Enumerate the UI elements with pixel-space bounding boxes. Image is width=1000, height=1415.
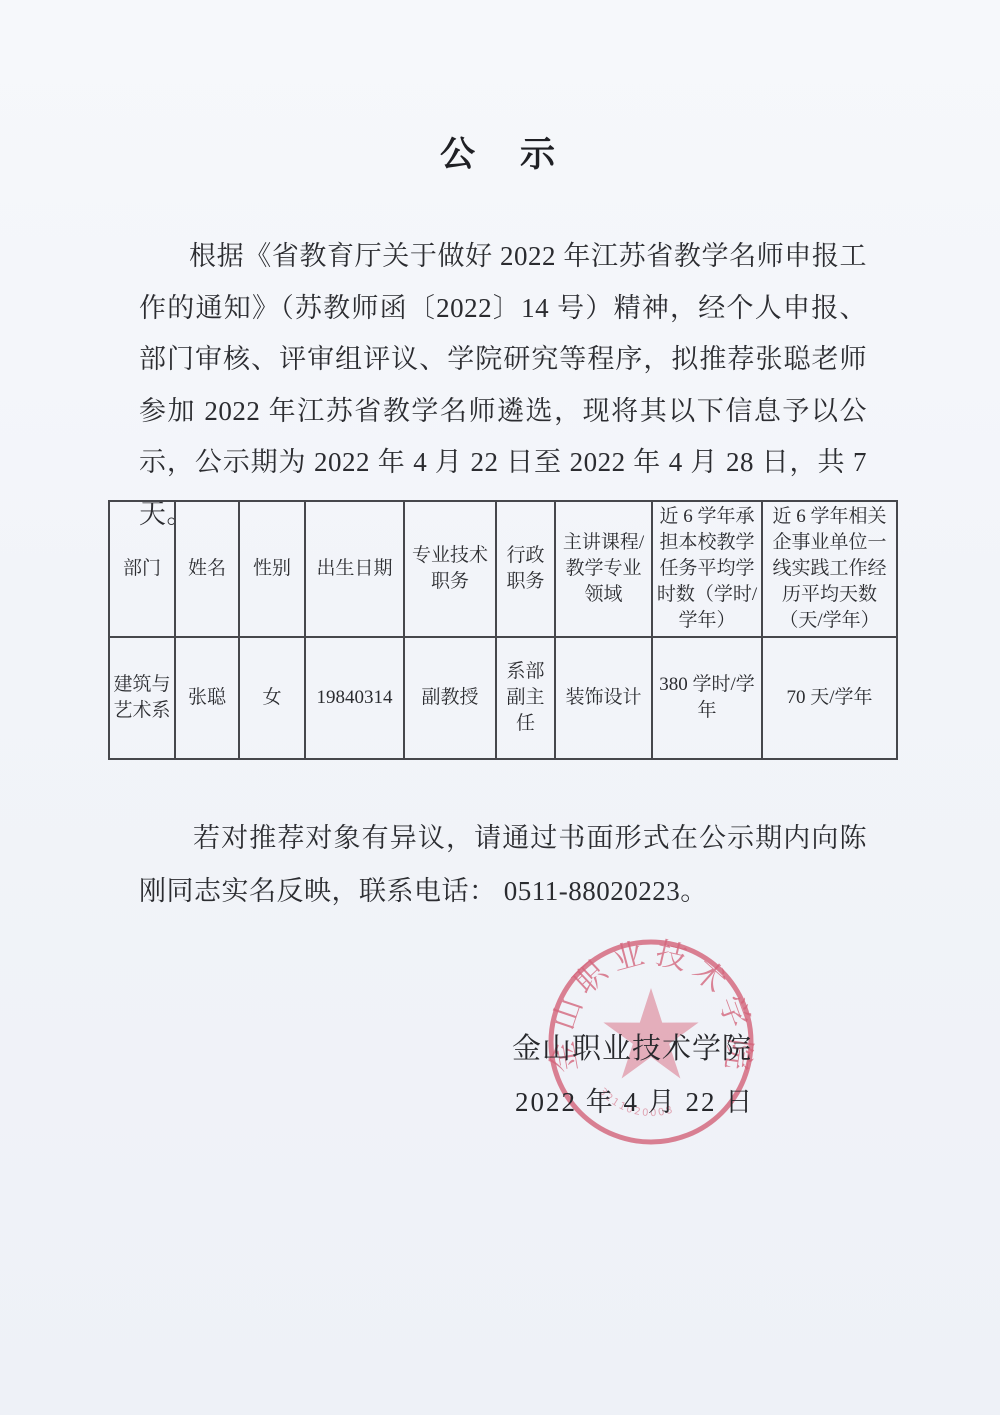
table-header-cell: 姓名 [175,501,239,637]
notice-body-paragraph: 根据《省教育厅关于做好 2022 年江苏省教学名师申报工作的通知》（苏教师函〔2… [139,231,867,540]
info-table-body: 建筑与艺术系张聪女19840314副教授系部副主任装饰设计380 学时/学年70… [109,637,897,759]
table-cell: 70 天/学年 [762,637,897,759]
info-table: 部门姓名性别出生日期专业技术职务行政职务主讲课程/教学专业领域近 6 学年承担本… [108,500,898,760]
page-title: 公 示 [0,127,1000,177]
issuer-signature: 金山职业技术学院 [512,1026,752,1067]
table-header-cell: 近 6 学年相关企事业单位一线实践工作经历平均天数（天/学年） [762,501,897,637]
objection-paragraph: 若对推荐对象有异议，请通过书面形式在公示期内向陈刚同志实名反映，联系电话： 05… [139,812,867,918]
table-header-cell: 行政职务 [496,501,555,637]
info-table-header-row: 部门姓名性别出生日期专业技术职务行政职务主讲课程/教学专业领域近 6 学年承担本… [109,501,897,637]
scanned-notice-page: 公 示 根据《省教育厅关于做好 2022 年江苏省教学名师申报工作的通知》（苏教… [0,0,1000,1415]
table-cell: 女 [239,637,305,759]
table-header-cell: 主讲课程/教学专业领域 [555,501,652,637]
table-header-cell: 部门 [109,501,175,637]
table-header-cell: 专业技术职务 [404,501,496,637]
table-row: 建筑与艺术系张聪女19840314副教授系部副主任装饰设计380 学时/学年70… [109,637,897,759]
table-cell: 建筑与艺术系 [109,637,175,759]
issue-date: 2022 年 4 月 22 日 [515,1080,754,1119]
table-header-cell: 出生日期 [305,501,404,637]
table-cell: 张聪 [175,637,239,759]
table-cell: 装饰设计 [555,637,652,759]
table-cell: 系部副主任 [496,637,555,759]
table-cell: 副教授 [404,637,496,759]
table-cell: 380 学时/学年 [652,637,762,759]
table-cell: 19840314 [305,637,404,759]
table-header-cell: 近 6 学年承担本校教学任务平均学时数（学时/学年） [652,501,762,637]
table-header-cell: 性别 [239,501,305,637]
